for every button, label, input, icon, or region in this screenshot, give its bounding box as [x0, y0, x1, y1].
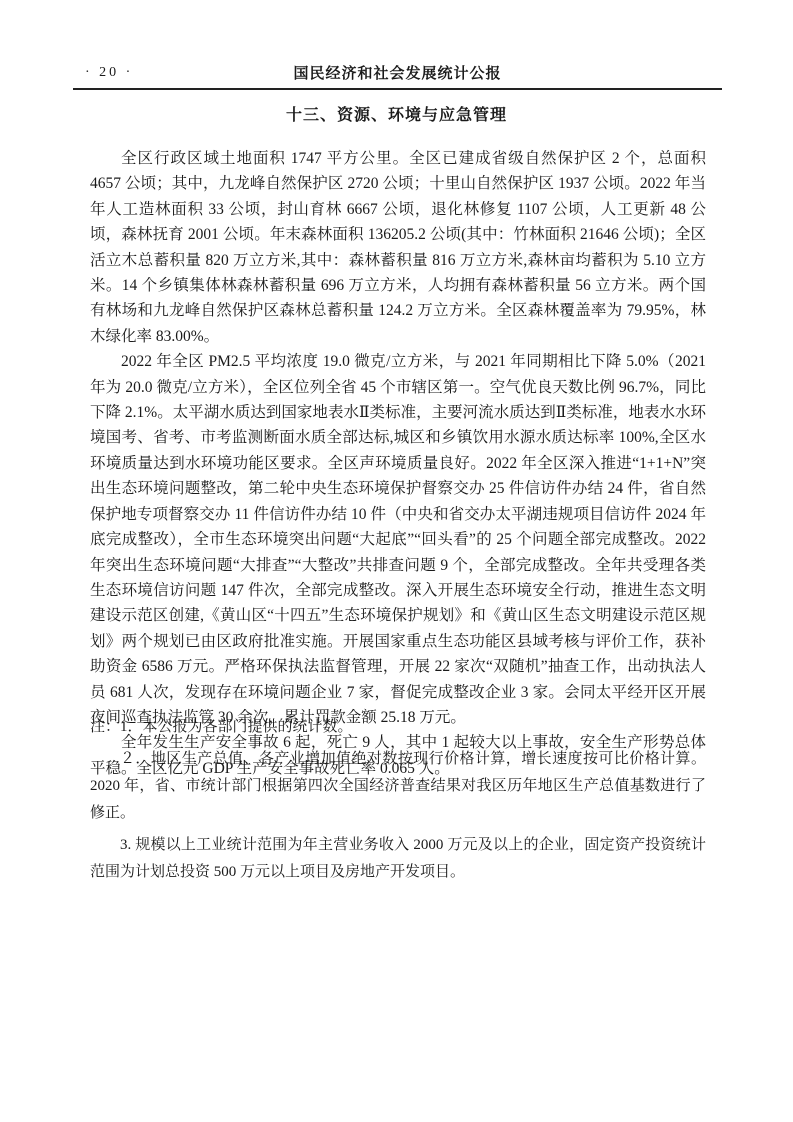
running-header: · 20 · 国民经济和社会发展统计公报 — [73, 62, 722, 86]
header-rule — [73, 88, 722, 90]
bulletin-title: 国民经济和社会发展统计公报 — [73, 62, 722, 83]
note-item-3: 3. 规模以上工业统计范围为年主营业务收入 2000 万元及以上的企业，固定资产… — [90, 832, 706, 886]
notes-section: 注：1．本公报为各部门提供的统计数。 ２．地区生产总值、各产业增加值绝对数按现行… — [90, 714, 706, 886]
note-item-2: ２．地区生产总值、各产业增加值绝对数按现行价格计算，增长速度按可比价格计算。20… — [90, 746, 706, 827]
body-text: 全区行政区域土地面积 1747 平方公里。全区已建成省级自然保护区 2 个，总面… — [90, 146, 706, 781]
document-page: · 20 · 国民经济和社会发展统计公报 十三、资源、环境与应急管理 全区行政区… — [0, 0, 793, 1122]
paragraph-land-and-forest: 全区行政区域土地面积 1747 平方公里。全区已建成省级自然保护区 2 个，总面… — [90, 146, 706, 349]
paragraph-environment-quality: 2022 年全区 PM2.5 平均浓度 19.0 微克/立方米，与 2021 年… — [90, 349, 706, 730]
note-item-1: 注：1．本公报为各部门提供的统计数。 — [90, 714, 706, 741]
section-title: 十三、资源、环境与应急管理 — [0, 102, 793, 125]
